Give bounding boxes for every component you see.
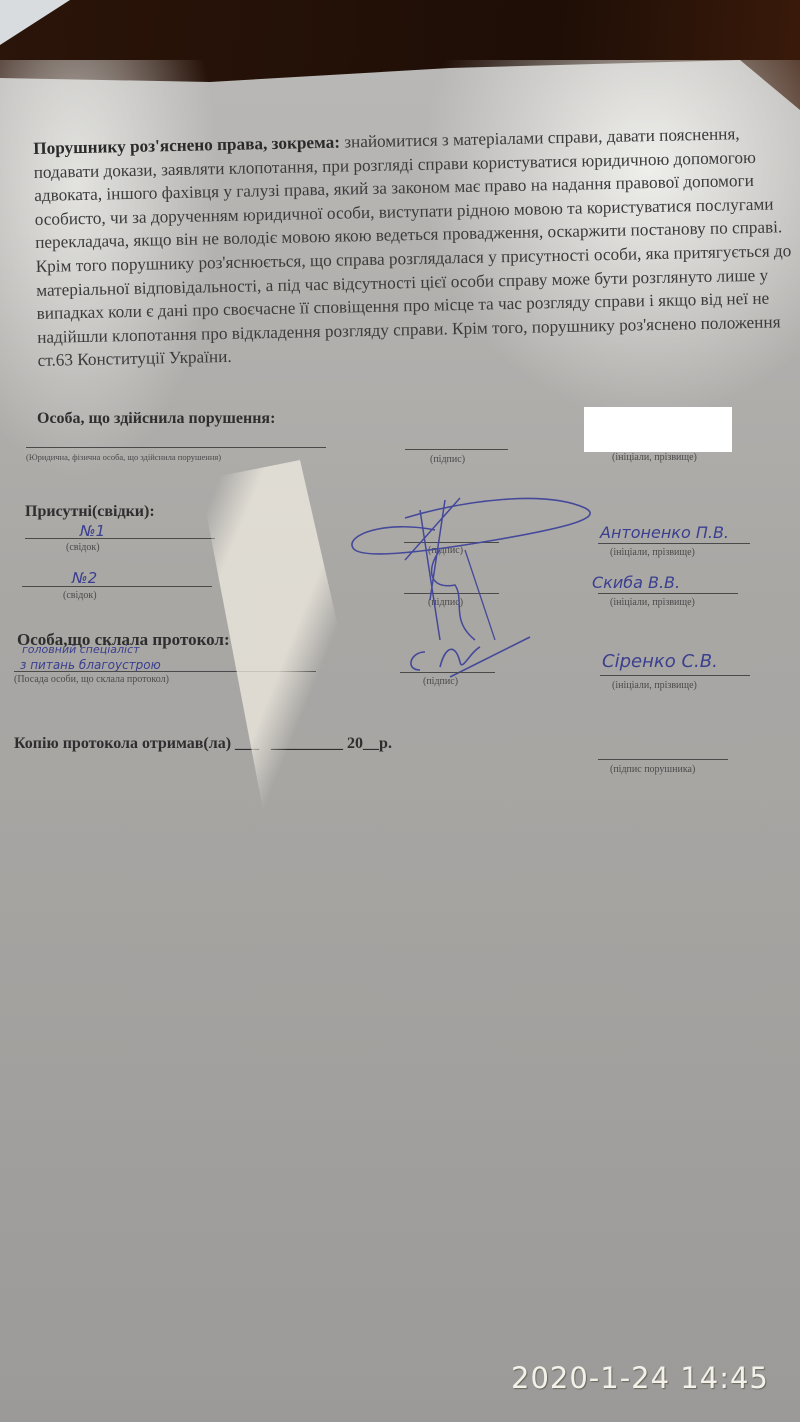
protocol-document: Порушнику роз'яснено права, зокрема: зна… xyxy=(0,0,800,1422)
witness-1-name-line xyxy=(598,543,750,544)
redacted-name xyxy=(584,407,732,452)
witness-1-name: Антоненко П.В. xyxy=(600,523,729,542)
author-signature xyxy=(400,632,540,682)
violator-entity-caption: (Юридична, фізична особа, що здійснила п… xyxy=(26,452,221,462)
violator-signature-line xyxy=(598,759,728,760)
witness-2-name: Скиба В.В. xyxy=(592,573,680,592)
witness-2-caption: (свідок) xyxy=(63,590,97,601)
violator-heading: Особа, що здійснила порушення: xyxy=(37,410,275,428)
witness-2-name-caption: (ініціали, прізвище) xyxy=(610,597,695,608)
witness-2-line xyxy=(22,586,212,587)
author-name-caption: (ініціали, прізвище) xyxy=(612,680,697,691)
violator-signature-line xyxy=(405,449,508,450)
violator-signature-caption: (підпис) xyxy=(430,454,465,465)
author-name-line xyxy=(600,675,750,676)
author-signature-caption: (підпис) xyxy=(423,676,458,687)
witness-1-name-caption: (ініціали, прізвище) xyxy=(610,547,695,558)
rights-paragraph: Порушнику роз'яснено права, зокрема: зна… xyxy=(33,121,798,373)
author-position-line-2: з питань благоустрою xyxy=(20,658,161,672)
author-position-caption: (Посада особи, що склала протокол) xyxy=(14,674,169,685)
author-signature-line xyxy=(400,672,495,673)
author-position-line-1: головний спеціаліст xyxy=(22,643,140,656)
copy-received-label: Копію протокола отримав(ла) ___ ________… xyxy=(14,735,392,753)
violator-entity-line xyxy=(26,447,326,448)
rights-lead: Порушнику роз'яснено права, зокрема: xyxy=(33,133,340,158)
photo-timestamp: 2020-1-24 14:45 xyxy=(511,1361,769,1395)
violator-name-caption: (ініціали, прізвище) xyxy=(612,452,697,463)
witness-1-line xyxy=(25,538,215,539)
author-position-line xyxy=(14,671,316,672)
rights-body: знайомитися з матеріалами справи, давати… xyxy=(34,124,792,370)
witnesses-heading: Присутні(свідки): xyxy=(25,503,155,521)
copy-received-caption: (підпис порушника) xyxy=(610,764,695,775)
witness-1-caption: (свідок) xyxy=(66,542,100,553)
witness-2-handwritten: №2 xyxy=(72,569,97,587)
author-name: Сіренко С.В. xyxy=(602,651,718,672)
witness-2-name-line xyxy=(598,593,738,594)
